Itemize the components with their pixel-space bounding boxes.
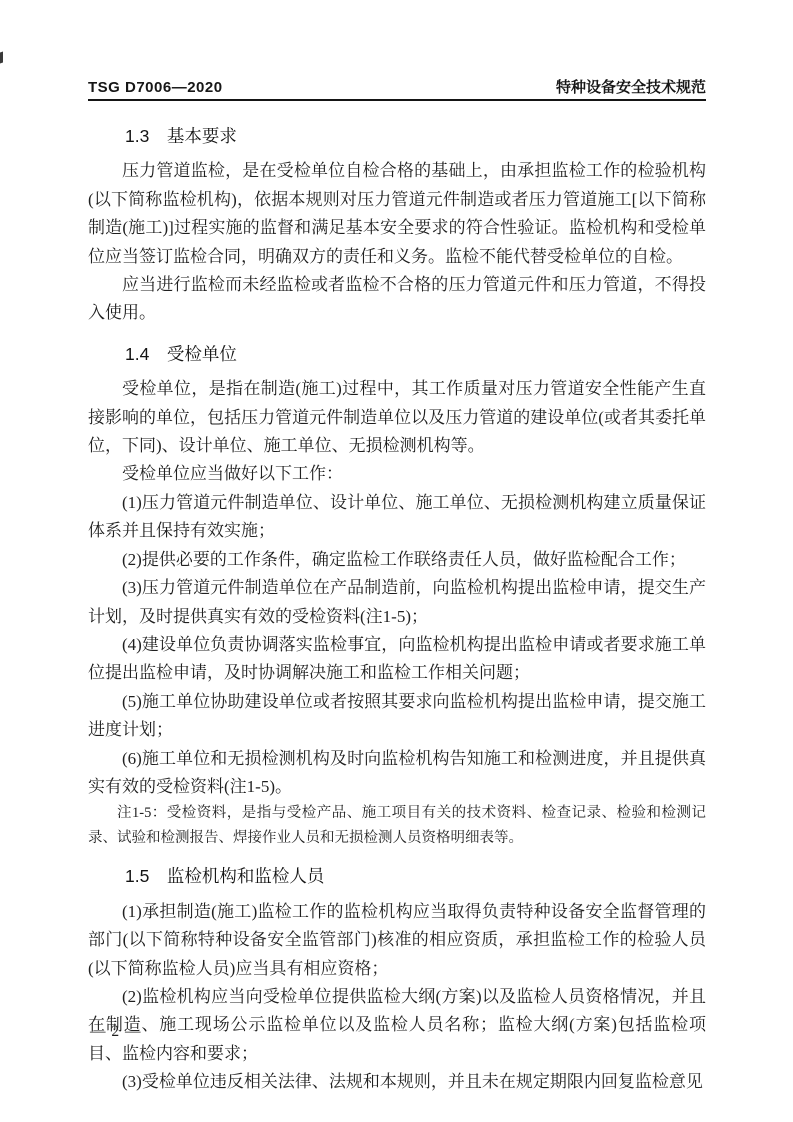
- list-item-4: (4)建设单位负责协调落实监检事宜，向监检机构提出监检申请或者要求施工单位提出监…: [88, 631, 706, 688]
- paragraph: 应当进行监检而未经监检或者监检不合格的压力管道元件和压力管道，不得投入使用。: [88, 271, 706, 328]
- list-item-1: (1)压力管道元件制造单位、设计单位、施工单位、无损检测机构建立质量保证体系并且…: [88, 489, 706, 546]
- paragraph: 受检单位应当做好以下工作：: [88, 460, 706, 488]
- header-rule: [88, 99, 706, 101]
- document-body: 1.3 基本要求 压力管道监检，是在受检单位自检合格的基础上，由承担监检工作的检…: [88, 110, 706, 1097]
- doc-category: 特种设备安全技术规范: [556, 76, 706, 97]
- document-page: TSG D7006—2020 特种设备安全技术规范 1.3 基本要求 压力管道监…: [0, 0, 793, 1122]
- paragraph: 压力管道监检，是在受检单位自检合格的基础上，由承担监检工作的检验机构(以下简称监…: [88, 157, 706, 271]
- section-heading-1-3: 1.3 基本要求: [88, 122, 706, 150]
- page-number: — 2 —: [90, 1023, 142, 1041]
- footnote-1-5: 注1-5：受检资料，是指与受检产品、施工项目有关的技术资料、检查记录、检验和检测…: [88, 801, 706, 850]
- page-header: TSG D7006—2020 特种设备安全技术规范: [88, 76, 706, 97]
- section-heading-1-5: 1.5 监检机构和监检人员: [88, 862, 706, 890]
- list-item-5: (5)施工单位协助建设单位或者按照其要求向监检机构提出监检申请，提交施工进度计划…: [88, 688, 706, 745]
- list-item-2: (2)监检机构应当向受检单位提供监检大纲(方案)以及监检人员资格情况，并且在制造…: [88, 983, 706, 1068]
- section-heading-1-4: 1.4 受检单位: [88, 340, 706, 368]
- list-item-3: (3)受检单位违反相关法律、法规和本规则，并且未在规定期限内回复监检意见: [88, 1068, 706, 1096]
- list-item-6: (6)施工单位和无损检测机构及时向监检机构告知施工和检测进度，并且提供真实有效的…: [88, 745, 706, 802]
- scan-artifact: [0, 51, 3, 63]
- doc-code: TSG D7006—2020: [88, 79, 223, 96]
- paragraph: 受检单位，是指在制造(施工)过程中，其工作质量对压力管道安全性能产生直接影响的单…: [88, 375, 706, 460]
- list-item-2: (2)提供必要的工作条件，确定监检工作联络责任人员，做好监检配合工作；: [88, 546, 706, 574]
- list-item-3: (3)压力管道元件制造单位在产品制造前，向监检机构提出监检申请，提交生产计划，及…: [88, 574, 706, 631]
- list-item-1: (1)承担制造(施工)监检工作的监检机构应当取得负责特种设备安全监督管理的部门(…: [88, 898, 706, 983]
